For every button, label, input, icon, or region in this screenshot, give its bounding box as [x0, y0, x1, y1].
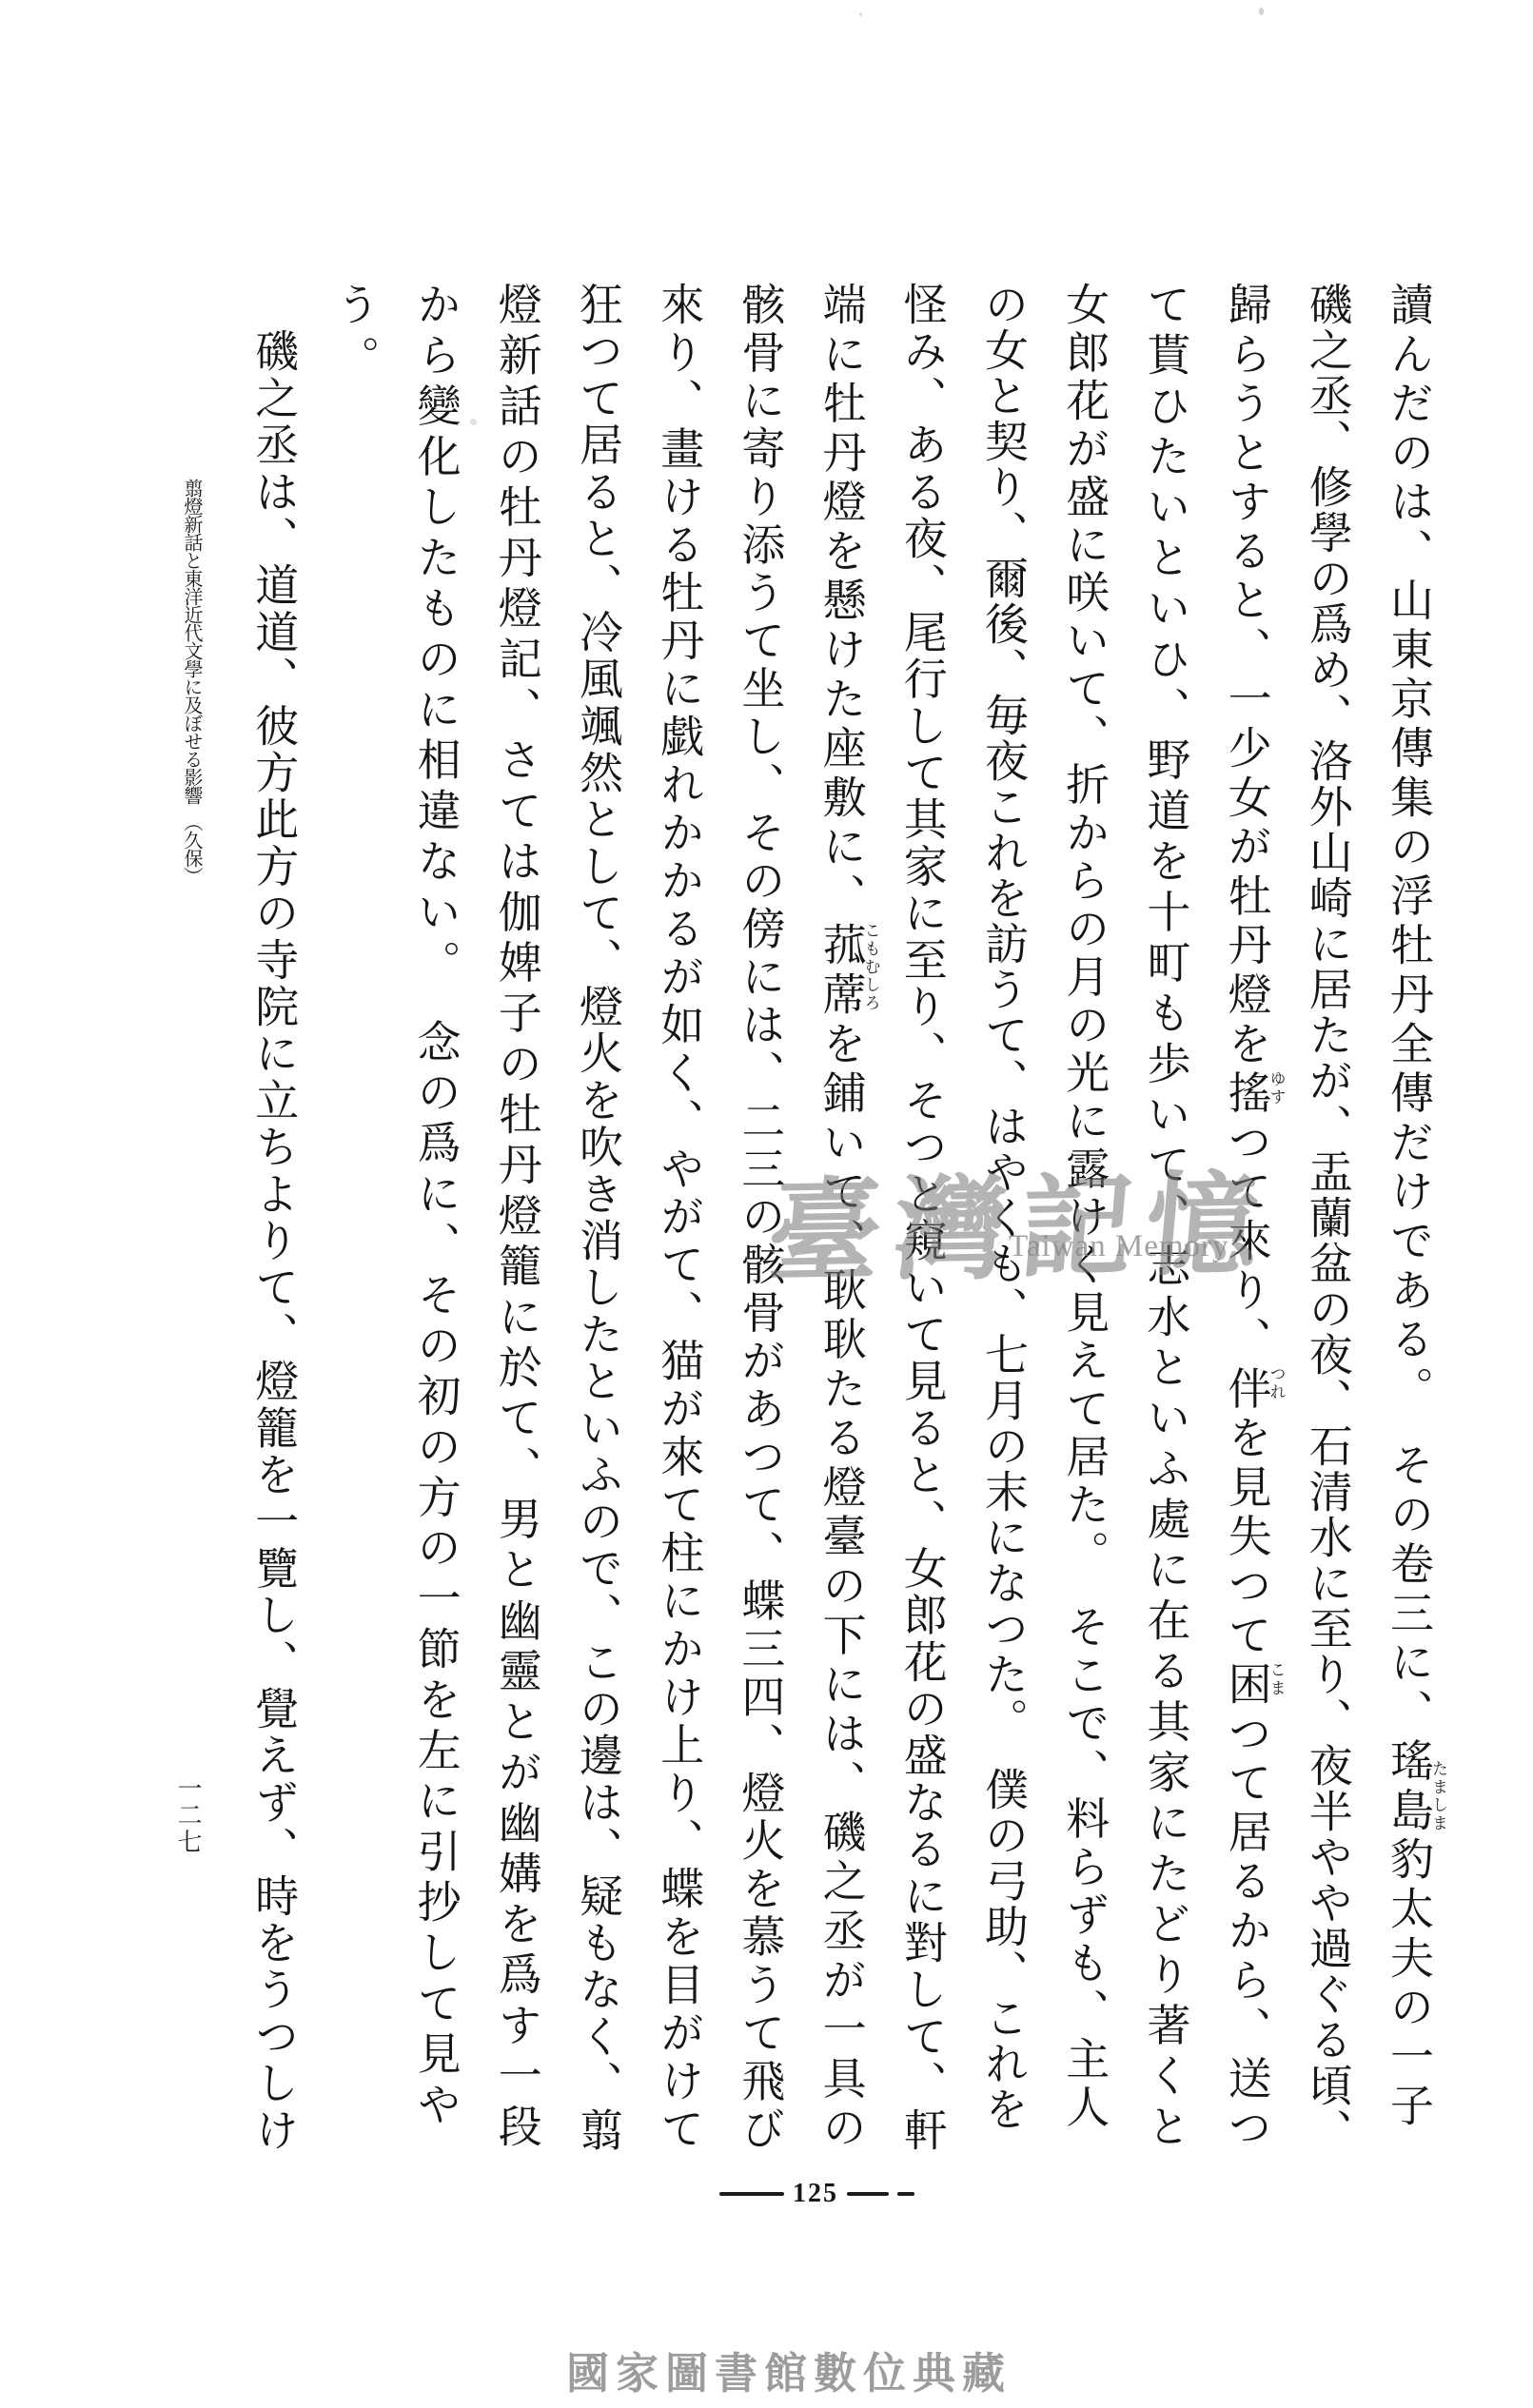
text-column: から變化したものに相違ない。 念の爲に、その初の方の一節を左に引抄して見や [412, 282, 460, 2170]
text-column: 來り、畫ける牡丹に戯れかかるが如く、やがて、猫が來て柱にかけ上り、蝶を目がけて [655, 282, 702, 2170]
scan-speck [1259, 8, 1264, 15]
text-column: 狂つて居ると、冷風颯然として、燈火を吹き消したといふので、この邊は、疑もなく、翦 [574, 282, 621, 2170]
furigana: つれ [1268, 1365, 1285, 1401]
scan-speck [470, 419, 477, 425]
text-column: う。 [330, 282, 378, 2170]
furigana: こもむしろ [863, 922, 879, 1012]
text-column: 燈新話の牡丹燈記、さては伽婢子の牡丹燈籠に於て、男と幽靈とが幽媾を爲す一段 [493, 282, 540, 2170]
page-number-rule-right [847, 2192, 889, 2196]
furigana: たましま [1430, 1760, 1446, 1832]
running-header: 翦燈新話と東洋近代文學に及ぼせる影響 （久保） [174, 479, 208, 885]
text-column: 磯之丞は、道道、彼方此方の寺院に立ちよりて、燈籠を一覽し、覺えず、時をうつしけ [249, 282, 297, 2170]
page-number-rule-left [719, 2192, 784, 2196]
page-number-value: 125 [793, 2179, 838, 2209]
furigana: こま [1268, 1661, 1285, 1697]
bottom-page-number: 125 [719, 2179, 914, 2209]
taiwan-memory-watermark-latin: Taiwan Memory [1009, 1229, 1229, 1264]
side-page-number: 一二七 [170, 1775, 206, 1855]
text-column: 讀んだのは、山東京傳集の浮牡丹全傳だけである。 その卷三に、瑤島豹太夫の一子 [1385, 282, 1432, 2170]
text-column: 磯之丞、修學の爲め、洛外山崎に居たが、盂蘭盆の夜、石清水に至り、夜半やや過ぐる頃… [1304, 282, 1351, 2170]
page-number-rule-right-short [897, 2192, 914, 2196]
scan-speck [859, 12, 862, 16]
national-library-watermark: 國家圖書館數位典藏 [566, 2339, 1012, 2400]
furigana: ゆす [1268, 1070, 1285, 1106]
